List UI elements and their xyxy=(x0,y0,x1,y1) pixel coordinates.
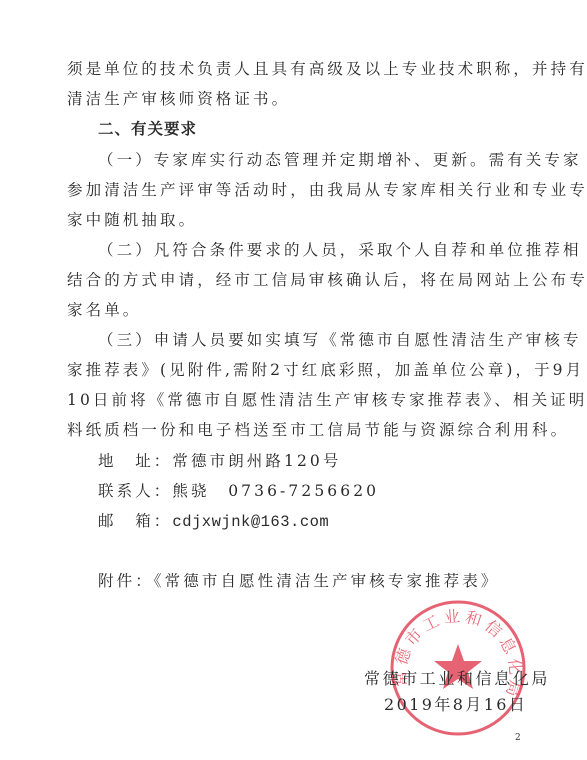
document-page: 须是单位的技术负责人且具有高级及以上专业技术职称，并持有 清洁生产审核师资格证书… xyxy=(0,0,587,760)
signature-date: 2019年8月16日 xyxy=(384,692,527,715)
requirement-2-line: 家名单。 xyxy=(67,300,141,320)
address-value: 常德市朗州路120号 xyxy=(172,452,341,470)
requirement-3-line: 家推荐表》(见附件,需附2寸红底彩照，加盖单位公章)，于9月 xyxy=(67,360,584,380)
address-label: 地 址： xyxy=(98,452,172,470)
signature-organization: 常德市工业和信息化局 xyxy=(364,666,550,689)
contact-person: 联系人：熊骁 0736-7256620 xyxy=(98,481,379,501)
email-value: cdjxwjnk@163.com xyxy=(172,513,329,531)
body-text-line: 清洁生产审核师资格证书。 xyxy=(67,89,290,109)
requirement-2-line: （二）凡符合条件要求的人员，采取个人自荐和单位推荐相 xyxy=(98,240,582,260)
section-heading: 二、有关要求 xyxy=(98,119,197,139)
requirement-1-line: 家中随机抽取。 xyxy=(67,210,197,230)
attachment-line: 附件：《常德市自愿性清洁生产审核专家推荐表》 xyxy=(98,571,499,591)
requirement-3-line: 料纸质档一份和电子档送至市工信局节能与资源综合利用科。 xyxy=(67,420,569,440)
person-label: 联系人： xyxy=(98,482,172,500)
requirement-3-line: 10日前将《常德市自愿性清洁生产审核专家推荐表》、相关证明材 xyxy=(67,390,587,410)
page-number: 2 xyxy=(515,733,521,743)
requirement-1-line: 参加清洁生产评审等活动时，由我局从专家库相关行业和专业专 xyxy=(67,180,587,200)
requirement-1-line: （一）专家库实行动态管理并定期增补、更新。需有关专家 xyxy=(98,150,582,170)
contact-email: 邮 箱：cdjxwjnk@163.com xyxy=(98,511,329,532)
email-label: 邮 箱： xyxy=(98,512,172,530)
body-text-line: 须是单位的技术负责人且具有高级及以上专业技术职称，并持有 xyxy=(67,59,587,79)
requirement-3-line: （三）申请人员要如实填写《常德市自愿性清洁生产审核专 xyxy=(98,330,582,350)
person-value: 熊骁 0736-7256620 xyxy=(172,482,379,500)
requirement-2-line: 结合的方式申请，经市工信局审核确认后，将在局网站上公布专 xyxy=(67,270,587,290)
contact-address: 地 址：常德市朗州路120号 xyxy=(98,451,342,471)
